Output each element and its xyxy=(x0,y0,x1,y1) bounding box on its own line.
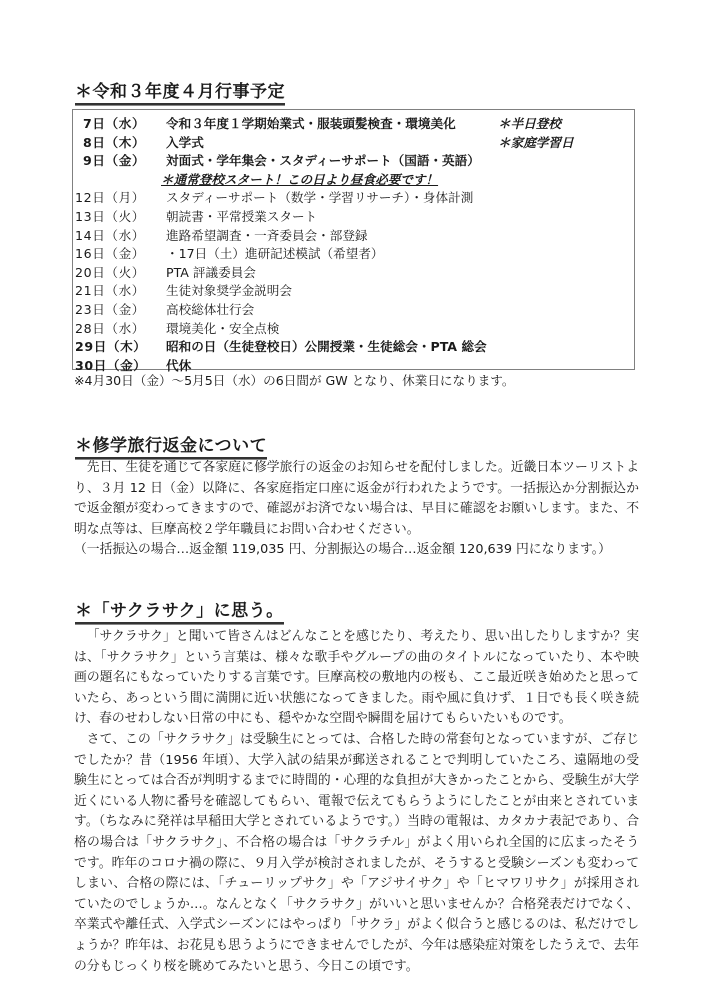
schedule-date: 8日（木） xyxy=(73,134,166,153)
schedule-row: 29日（木）昭和の日（生徒登校日）公開授業・生徒総会・PTA 総会 xyxy=(73,338,634,357)
schedule-box: 7日（水）令和３年度１学期始業式・服装頭髪検査・環境美化 ＊半日登校 8日（木）… xyxy=(72,109,635,370)
refund-body: 先日、生徒を通じて各家庭に修学旅行の返金のお知らせを配付しました。近畿日本ツーリ… xyxy=(74,458,639,561)
schedule-date: 14日（水） xyxy=(73,227,166,246)
schedule-row: 13日（火）朝読書・平常授業スタート xyxy=(73,208,634,227)
schedule-note: ＊家庭学習日 xyxy=(498,134,574,153)
schedule-section-title: ＊令和３年度４月行事予定 xyxy=(75,81,285,105)
schedule-event: ・17日（土）進研記述模試（希望者） xyxy=(166,246,384,261)
refund-amounts: （一括振込の場合…返金額 119,035 円、分割振込の場合…返金額 120,6… xyxy=(74,540,639,561)
sakura-paragraph: さて、この「サクラサク」は受験生にとっては、合格した時の常套句となっていますが、… xyxy=(74,730,639,977)
schedule-row: 21日（水）生徒対象奨学金説明会 xyxy=(73,282,634,301)
schedule-event: 高校総体壮行会 xyxy=(166,302,254,317)
sakura-section-title: ＊「サクラサク」に思う。 xyxy=(75,600,284,624)
schedule-date: 9日（金） xyxy=(73,152,166,171)
schedule-event: 環境美化・安全点検 xyxy=(166,321,279,336)
schedule-date: 7日（水） xyxy=(73,115,166,134)
schedule-subnote-text: ＊通常登校スタート！この日より昼食必要です！ xyxy=(161,172,438,187)
schedule-title-text: ＊令和３年度４月行事予定 xyxy=(75,81,285,105)
schedule-date: 28日（水） xyxy=(73,320,166,339)
schedule-date: 13日（火） xyxy=(73,208,166,227)
schedule-date: 21日（水） xyxy=(73,282,166,301)
schedule-row: 12日（月）スタディーサポート（数学・学習リサーチ）・身体計測 xyxy=(73,189,634,208)
schedule-date: 29日（木） xyxy=(73,338,166,357)
schedule-date: 16日（金） xyxy=(73,245,166,264)
schedule-row: 28日（水）環境美化・安全点検 xyxy=(73,320,634,339)
schedule-event: スタディーサポート（数学・学習リサーチ）・身体計測 xyxy=(166,190,473,205)
schedule-row: 7日（水）令和３年度１学期始業式・服装頭髪検査・環境美化 ＊半日登校 xyxy=(73,115,634,134)
refund-title-text: ＊修学旅行返金について xyxy=(75,435,267,459)
schedule-row: 20日（火）PTA 評議委員会 xyxy=(73,264,634,283)
schedule-subnote: ＊通常登校スタート！この日より昼食必要です！ xyxy=(73,171,634,190)
sakura-title-text: ＊「サクラサク」に思う。 xyxy=(75,600,284,624)
schedule-date: 23日（金） xyxy=(73,301,166,320)
schedule-row: 23日（金）高校総体壮行会 xyxy=(73,301,634,320)
schedule-row: 8日（木）入学式 ＊家庭学習日 xyxy=(73,134,634,153)
schedule-event: 対面式・学年集会・スタディーサポート（国語・英語） xyxy=(166,153,480,168)
refund-section-title: ＊修学旅行返金について xyxy=(75,435,267,459)
schedule-footnote: ※4月30日（金）～5月5日（水）の6日間が GW となり、休業日になります。 xyxy=(74,372,514,390)
sakura-paragraph: 「サクラサク」と聞いて皆さんはどんなことを感じたり、考えたり、思い出したりします… xyxy=(74,627,639,730)
schedule-row: 16日（金）・17日（土）進研記述模試（希望者） xyxy=(73,245,634,264)
schedule-row: 9日（金）対面式・学年集会・スタディーサポート（国語・英語） xyxy=(73,152,634,171)
schedule-event: 進路希望調査・一斉委員会・部登録 xyxy=(166,228,368,243)
schedule-event: 朝読書・平常授業スタート xyxy=(166,209,317,224)
schedule-event: 生徒対象奨学金説明会 xyxy=(166,283,292,298)
schedule-event: 代休 xyxy=(166,358,191,373)
schedule-date: 12日（月） xyxy=(73,189,166,208)
schedule-event: 入学式 xyxy=(166,135,204,150)
schedule-note: ＊半日登校 xyxy=(498,115,561,134)
schedule-date: 20日（火） xyxy=(73,264,166,283)
schedule-row: 14日（水）進路希望調査・一斉委員会・部登録 xyxy=(73,227,634,246)
refund-paragraph: 先日、生徒を通じて各家庭に修学旅行の返金のお知らせを配付しました。近畿日本ツーリ… xyxy=(74,458,639,540)
schedule-event: PTA 評議委員会 xyxy=(166,265,256,280)
schedule-event: 昭和の日（生徒登校日）公開授業・生徒総会・PTA 総会 xyxy=(166,339,487,354)
sakura-body: 「サクラサク」と聞いて皆さんはどんなことを感じたり、考えたり、思い出したりします… xyxy=(74,627,639,977)
schedule-event: 令和３年度１学期始業式・服装頭髪検査・環境美化 xyxy=(166,116,456,131)
